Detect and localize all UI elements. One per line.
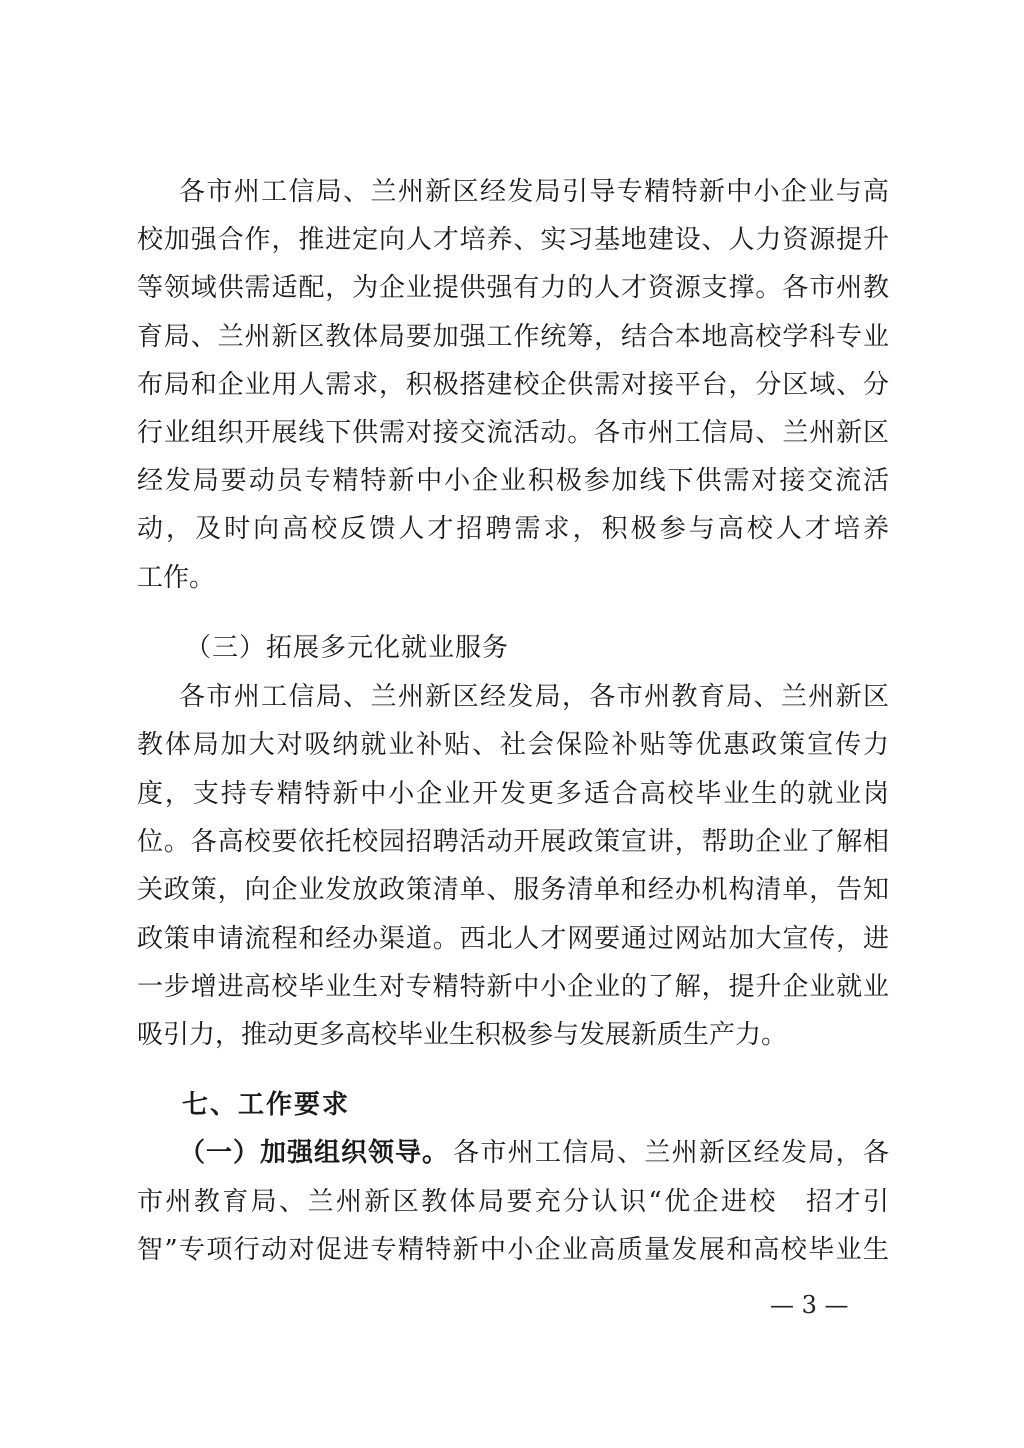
paragraph-line: 教体局加大对吸纳就业补贴、社会保险补贴等优惠政策宣传力 [137, 728, 889, 762]
paragraph-line: 经发局要动员专精特新中小企业积极参加线下供需对接交流活 [137, 464, 889, 498]
item-label-strengthen-leadership: （一）加强组织领导。 [179, 1136, 449, 1170]
paragraph-line: 一步增进高校毕业生对专精特新中小企业的了解，提升企业就业 [137, 970, 889, 1004]
paragraph-line: 校加强合作，推进定向人才培养、实习基地建设、人力资源提升 [137, 223, 889, 257]
paragraph-line: 布局和企业用人需求，积极搭建校企供需对接平台，分区域、分 [137, 368, 889, 402]
section-heading-work-requirements: 七、工作要求 [182, 1088, 350, 1122]
paragraph-line-item-1: （一）加强组织领导。 各市州工信局、兰州新区经发局，各 [179, 1136, 889, 1170]
paragraph-line: 吸引力，推动更多高校毕业生积极参与发展新质生产力。 [137, 1018, 889, 1052]
paragraph-line: 位。各高校要依托校园招聘活动开展政策宣讲，帮助企业了解相 [137, 825, 889, 859]
paragraph-line: 关政策，向企业发放政策清单、服务清单和经办机构清单，告知 [137, 873, 889, 907]
paragraph-line: 各市州工信局、兰州新区经发局引导专精特新中小企业与高 [179, 175, 889, 209]
paragraph-line: 度，支持专精特新中小企业开发更多适合高校毕业生的就业岗 [137, 777, 889, 811]
paragraph-line: 工作。 [137, 561, 889, 595]
paragraph-line: 等领域供需适配，为企业提供强有力的人才资源支撑。各市州教 [137, 271, 889, 305]
paragraph-line: 市州教育局、兰州新区教体局要充分认识“优企进校 招才引 [137, 1185, 889, 1219]
paragraph-line: 政策申请流程和经办渠道。西北人才网要通过网站加大宣传，进 [137, 922, 889, 956]
paragraph-line: 智”专项行动对促进专精特新中小企业高质量发展和高校毕业生 [137, 1233, 889, 1267]
paragraph-line: 各市州工信局、兰州新区经发局，各市州教育局、兰州新区 [179, 680, 889, 714]
paragraph-line: 行业组织开展线下供需对接交流活动。各市州工信局、兰州新区 [137, 416, 889, 450]
document-page: 各市州工信局、兰州新区经发局引导专精特新中小企业与高 校加强合作，推进定向人才培… [0, 0, 1024, 1448]
subheading-expand-employment-services: （三）拓展多元化就业服务 [185, 631, 509, 665]
paragraph-line: 育局、兰州新区教体局要加强工作统筹，结合本地高校学科专业 [137, 320, 889, 354]
item-first-line-text: 各市州工信局、兰州新区经发局，各 [453, 1136, 889, 1170]
page-number: — 3 — [770, 1290, 849, 1320]
paragraph-line: 动，及时向高校反馈人才招聘需求，积极参与高校人才培养 [137, 512, 889, 546]
